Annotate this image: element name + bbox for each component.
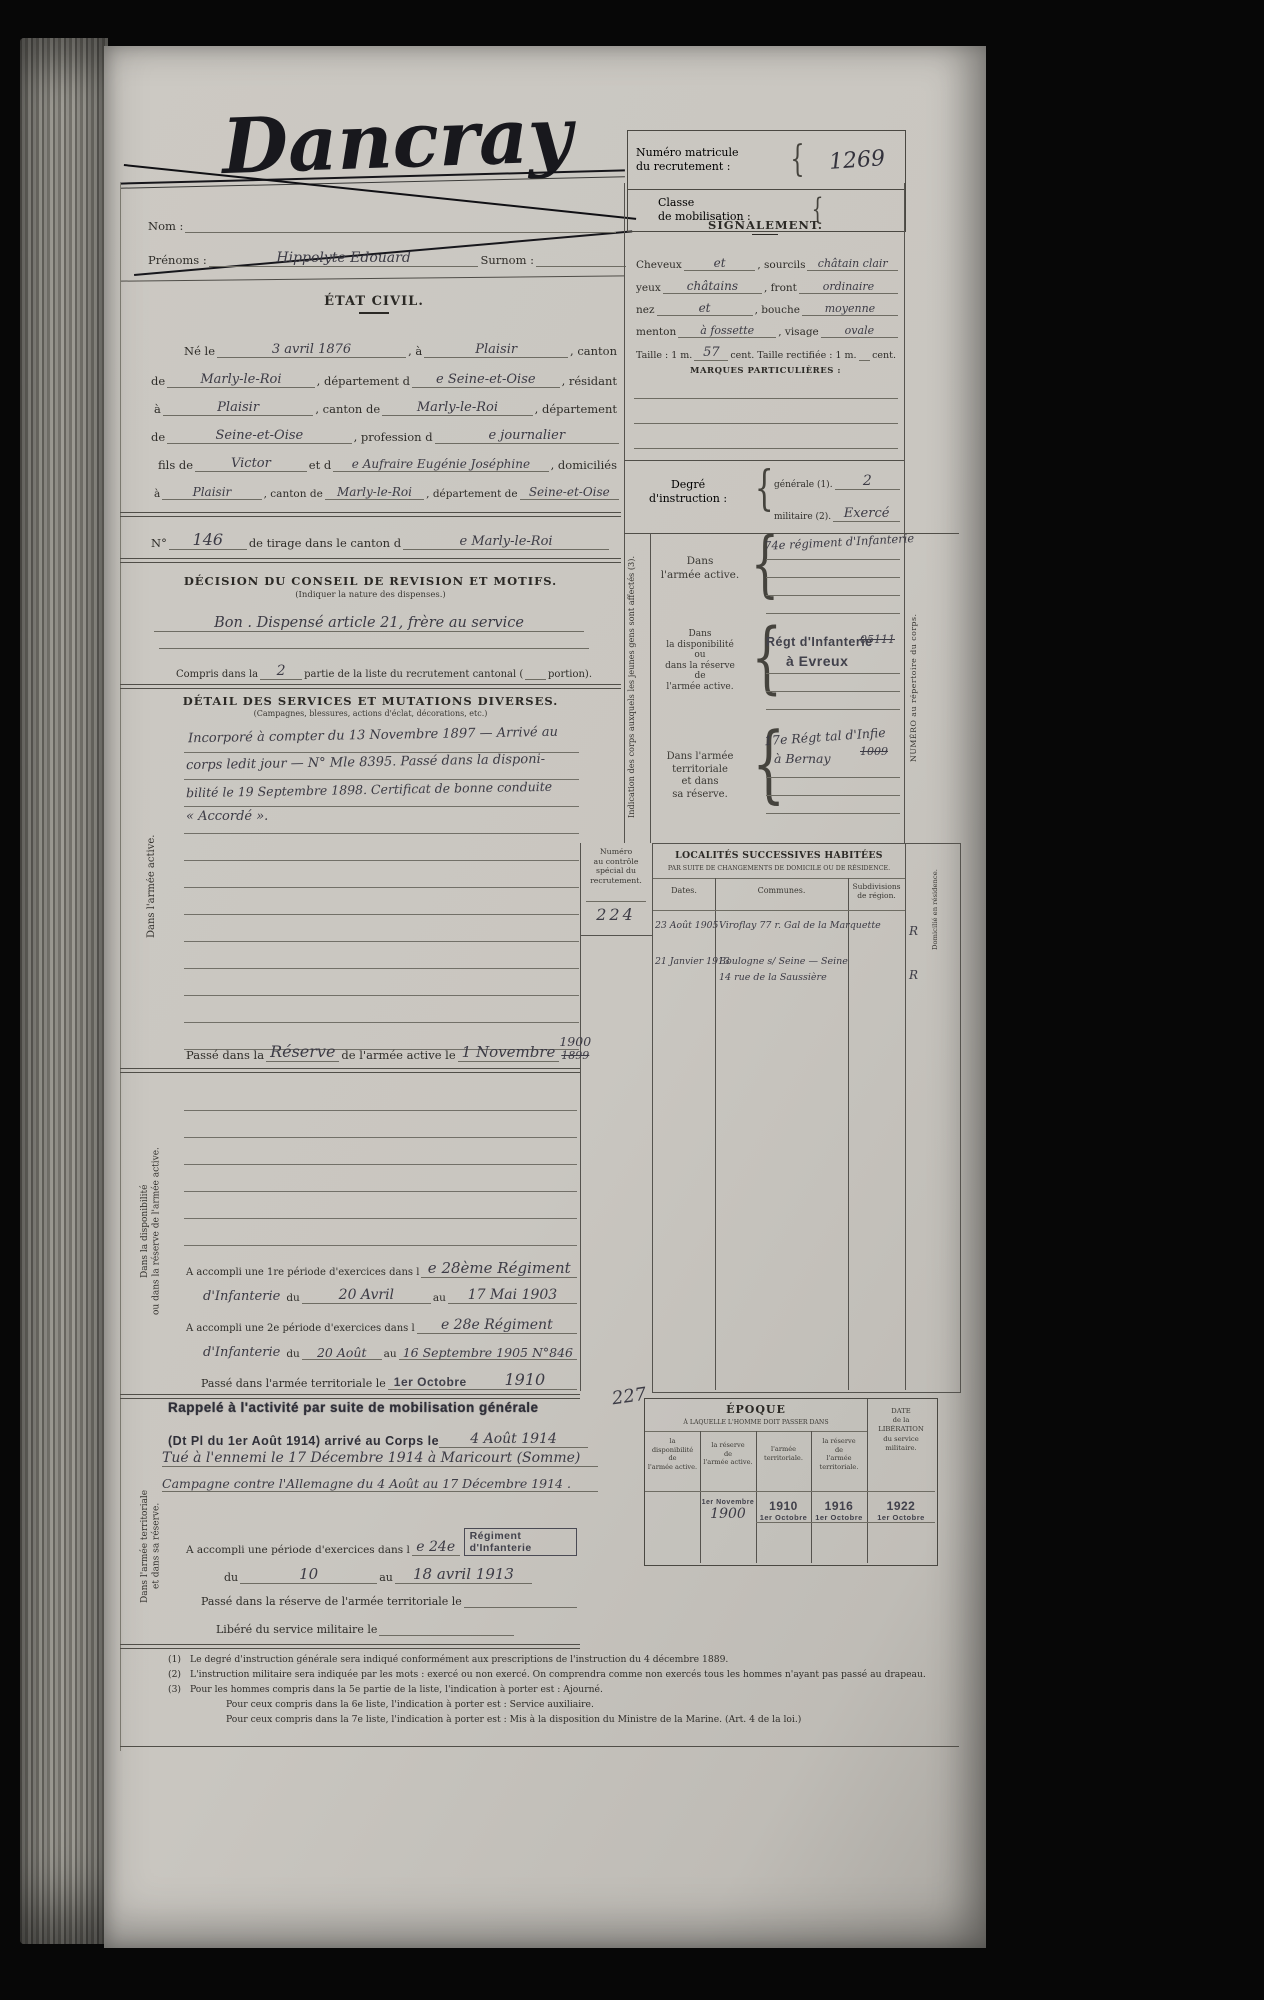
passe-label-1: Passé dans la <box>184 1048 266 1062</box>
profession-value: e journalier <box>435 429 619 444</box>
localites-strip-line <box>905 844 906 1390</box>
libere-line <box>379 1635 514 1636</box>
services-hand-1: Incorporé à compter du 13 Novembre 1897 … <box>188 725 558 746</box>
separator-6 <box>120 1644 580 1649</box>
periode3-end-value: 18 avril 1913 <box>395 1567 532 1584</box>
parents-commune-value: Plaisir <box>162 486 261 500</box>
tirage-row: N° 146 de tirage dans le canton d e Marl… <box>149 524 609 550</box>
corps-active-line-3 <box>766 595 900 596</box>
passe-territoriale-row: Passé dans l'armée territoriale le 1er O… <box>199 1364 577 1390</box>
periode1-au-label: au <box>431 1292 448 1304</box>
father-name-value: Victor <box>195 457 307 472</box>
epoque-header-rule <box>645 1491 935 1492</box>
etat-civil-title-rule <box>359 312 389 314</box>
services-ruled-area: Incorporé à compter du 13 Novembre 1897 … <box>184 726 579 1050</box>
localites-row2-mark: R <box>909 968 918 982</box>
periode3-au-label: au <box>377 1571 395 1584</box>
tirage-label: de tirage dans le canton d <box>247 536 403 550</box>
localites-col-dates: Dates. <box>653 886 715 895</box>
corps-terr-value-2: à Bernay <box>774 751 831 766</box>
corps-active-line-1 <box>766 559 900 560</box>
menton-value: à fossette <box>678 325 776 338</box>
parents-row-2: à Plaisir , canton de Marly-le-Roi , dép… <box>152 476 619 500</box>
scanned-register-photo: Dancray Nom : Prénoms : Hippolyte Edouar… <box>0 0 1264 2000</box>
periode2-infanterie-value: d'Infanterie <box>199 1345 284 1360</box>
corps-active-label: Dans l'armée active. <box>654 555 746 582</box>
sourcils-label: , sourcils <box>755 259 807 271</box>
profession-label: , profession d <box>352 430 435 444</box>
menton-row: menton à fossette , visage ovale <box>634 318 898 338</box>
tue-ennemi-line: Tué à l'ennemi le 17 Décembre 1914 à Mar… <box>162 1450 598 1467</box>
degre-label-2: d'instruction : <box>649 492 727 506</box>
parents-row-1: fils de Victor et d e Aufraire Eugénie J… <box>156 448 619 472</box>
footnote-1-marker: (1) <box>168 1654 190 1665</box>
corps-dispo-struck: 05111 <box>860 633 895 646</box>
cheveux-row: Cheveux et , sourcils châtain clair <box>634 251 898 271</box>
canton-de-label-2: , canton de <box>262 488 325 500</box>
periode3-dates-row: du 10 au 18 avril 1913 <box>222 1558 532 1584</box>
controle-value: 224 <box>580 905 652 924</box>
birth-row-2: de Marly-le-Roi , département d e Seine-… <box>149 364 619 388</box>
campagne-line: Campagne contre l'Allemagne du 4 Août au… <box>162 1476 598 1492</box>
epoque-val2-stamp: 1er Novembre <box>700 1499 756 1506</box>
epoque-val3-year: 1910 <box>756 1499 811 1513</box>
epoque-val5-stamp: 1er Octobre <box>867 1513 935 1523</box>
epoque-val4-stamp: 1er Octobre <box>811 1513 867 1523</box>
numero-label: N° <box>149 536 169 550</box>
corps-terr-line-1 <box>766 777 900 778</box>
corps-dispo-line-2 <box>766 691 900 692</box>
localites-col-communes: Communes. <box>715 886 848 895</box>
epoque-table: ÉPOQUE À LAQUELLE L'HOMME DOIT PASSER DA… <box>644 1398 938 1566</box>
degre-militaire-label: militaire (2). <box>772 512 833 522</box>
matricule-value: 1269 <box>808 144 906 176</box>
degre-brace: { <box>755 468 774 509</box>
visage-value: ovale <box>821 325 898 338</box>
mobilisation-stamp-1: Rappelé à l'activité par suite de mobili… <box>168 1400 598 1415</box>
nom-label: Nom : <box>146 219 185 233</box>
compris-value: 2 <box>260 664 302 680</box>
periode1-du-label: du <box>284 1292 301 1304</box>
signalement-title: SIGNALEMENT. <box>627 218 904 232</box>
decision-empty-line <box>159 648 589 649</box>
visage-label: , visage <box>776 326 821 338</box>
footnote-2-text: L'instruction militaire sera indiquée pa… <box>190 1669 926 1680</box>
compris-label-1: Compris dans la <box>174 669 260 680</box>
epoque-val4-year: 1916 <box>811 1499 867 1513</box>
document-page: Dancray Nom : Prénoms : Hippolyte Edouar… <box>104 46 986 1948</box>
periode1-regiment-value: e 28ème Régiment <box>421 1261 577 1278</box>
cheveux-label: Cheveux <box>634 259 684 271</box>
nez-row: nez et , bouche moyenne <box>634 296 898 316</box>
localites-col-subdiv: Subdivisions de région. <box>848 882 905 900</box>
passe-reserve-terr-label: Passé dans la réserve de l'armée territo… <box>199 1595 464 1608</box>
taille-label-3: cent. <box>870 350 898 361</box>
departement-label-2: , département <box>533 402 619 416</box>
epoque-col2-label: la réserve de l'armée active. <box>700 1441 756 1467</box>
book-page-stack <box>20 38 108 1944</box>
services-hand-2: corps ledit jour — N° Mle 8395. Passé da… <box>186 752 545 773</box>
birth-place-value: Plaisir <box>424 343 568 358</box>
et-de-label: et d <box>307 458 333 472</box>
bouche-label: , bouche <box>753 304 802 316</box>
mobilisation-stamp-2: (Dt Pl du 1er Août 1914) arrivé au Corps… <box>168 1434 439 1448</box>
epoque-col4-label: la réserve de l'armée territoriale. <box>811 1437 867 1471</box>
bottom-frame-rule <box>120 1746 959 1747</box>
controle-line <box>586 901 646 902</box>
departement-label: , département d <box>315 374 412 388</box>
etat-civil-title: ÉTAT CIVIL. <box>224 294 524 309</box>
matricule-label-2: du recrutement : <box>636 160 786 174</box>
epoque-val3-stamp: 1er Octobre <box>756 1513 811 1523</box>
degre-label-1: Degré <box>649 478 727 492</box>
passe-reserve-value: Réserve <box>266 1044 339 1062</box>
periode1-row-a: A accompli une 1re période d'exercices d… <box>184 1252 577 1278</box>
residence-departement-value: Seine-et-Oise <box>167 429 351 444</box>
taille-value: 57 <box>694 346 728 361</box>
controle-label: Numéro au contrôle spécial du recrutemen… <box>580 847 652 886</box>
compris-label-2: partie de la liste du recrutement canton… <box>302 669 525 680</box>
periode3-label: A accompli une période d'exercices dans … <box>184 1544 412 1556</box>
services-subtitle: (Campagnes, blessures, actions d'éclat, … <box>120 709 621 718</box>
services-side-label: Dans l'armée active. <box>146 736 157 1036</box>
canton-de-label: , canton de <box>313 402 382 416</box>
birth-departement-value: e Seine-et-Oise <box>412 373 560 388</box>
dispo-ruled-area <box>184 1084 577 1254</box>
corps-inner-line <box>650 533 651 843</box>
a-label-3: à <box>152 488 162 500</box>
passe-territoriale-label: Passé dans l'armée territoriale le <box>199 1377 388 1390</box>
yeux-value: châtains <box>663 280 762 294</box>
passe-reserve-terr-line <box>464 1607 577 1608</box>
corps-dispo-line-3 <box>766 709 900 710</box>
bouche-value: moyenne <box>802 303 898 316</box>
localites-subtitle: PAR SUITE DE CHANGEMENTS DE DOMICILE OU … <box>653 865 905 872</box>
sourcils-value: châtain clair <box>807 258 898 271</box>
taille-label-2: cent. Taille rectifiée : 1 m. <box>728 350 858 361</box>
corps-strip-line <box>904 533 905 843</box>
epoque-val5-year: 1922 <box>867 1499 935 1513</box>
libere-row: Libéré du service militaire le <box>214 1614 514 1636</box>
marques-label: MARQUES PARTICULIÈRES : <box>627 366 904 376</box>
corps-active-value: 74e régiment d'Infanterie <box>764 531 915 553</box>
parents-canton-value: Marly-le-Roi <box>325 486 424 500</box>
periode3-regiment-stamp: Régiment d'Infanterie <box>464 1528 577 1556</box>
epoque-date-label: DATE de la LIBÉRATION du service militai… <box>867 1407 935 1453</box>
degre-militaire-value: Exercé <box>833 507 900 522</box>
localites-strip-label: Domicilié en résidence. <box>931 850 955 970</box>
taille-label-1: Taille : 1 m. <box>634 350 694 361</box>
periode3-regiment-value: e 24e <box>412 1540 460 1556</box>
footnote-3-marker: (3) <box>168 1684 190 1695</box>
footnote-4-text: Pour ceux compris dans la 6e liste, l'in… <box>168 1699 943 1710</box>
residence-row-1: à Plaisir , canton de Marly-le-Roi , dép… <box>152 392 619 416</box>
yeux-row: yeux châtains , front ordinaire <box>634 274 898 294</box>
tirage-number-value: 146 <box>169 532 247 550</box>
ne-le-label: Né le <box>182 344 217 358</box>
decision-value: Bon . Dispensé article 21, frère au serv… <box>154 616 584 632</box>
corps-box: Indication des corps auxquels les jeunes… <box>624 533 959 843</box>
localites-row1-date: 23 Août 1905 <box>655 920 715 931</box>
canton-label: , canton <box>568 344 619 358</box>
periode2-au-label: au <box>382 1348 399 1360</box>
decision-subtitle: (Indiquer la nature des dispenses.) <box>120 590 621 600</box>
menton-label: menton <box>634 326 678 338</box>
marques-line-1 <box>634 398 898 399</box>
periode1-row-b: d'Infanterie du 20 Avril au 17 Mai 1903 <box>199 1280 577 1304</box>
marginal-annotation: 227 <box>611 1384 648 1410</box>
cheveux-value: et <box>684 257 755 271</box>
residence-row-2: de Seine-et-Oise , profession d e journa… <box>149 420 619 444</box>
departement-de-label: , département de <box>424 488 519 500</box>
degre-generale-value: 2 <box>835 474 900 490</box>
footnote-1-text: Le degré d'instruction générale sera ind… <box>190 1654 728 1665</box>
localites-cols-rule <box>653 910 905 911</box>
periode2-regiment-value: e 28e Régiment <box>417 1318 577 1334</box>
corps-active-line-2 <box>766 577 900 578</box>
periode2-row-a: A accompli une 2e période d'exercices da… <box>184 1308 577 1334</box>
separator-4 <box>120 1068 580 1073</box>
nez-label: nez <box>634 304 657 316</box>
compris-row: Compris dans la 2 partie de la liste du … <box>174 658 594 680</box>
periode1-start-value: 20 Avril <box>302 1288 431 1304</box>
surnom-label: Surnom : <box>478 253 536 267</box>
birth-date-value: 3 avril 1876 <box>217 343 406 358</box>
passe-year-value: 1900 <box>559 1034 591 1049</box>
corps-terr-struck: 1009 <box>860 745 888 758</box>
de-label-2: de <box>149 430 167 444</box>
residence-canton-value: Marly-le-Roi <box>382 401 533 416</box>
localites-row1-mark: R <box>909 924 918 938</box>
a-label: , à <box>406 344 424 358</box>
header-divider <box>120 275 625 281</box>
corps-terr-line-2 <box>766 795 900 796</box>
marques-line-2 <box>634 423 898 424</box>
footnotes: (1)Le degré d'instruction générale sera … <box>168 1654 943 1725</box>
separator-5 <box>120 1394 580 1399</box>
corps-dispo-value-1: Régt d'Infanterie <box>766 635 873 649</box>
front-value: ordinaire <box>799 281 898 294</box>
periode2-end-value: 16 Septembre 1905 N°846 <box>399 1346 577 1360</box>
services-hand-4: « Accordé ». <box>186 809 268 824</box>
compris-label-3: portion). <box>546 669 594 680</box>
localites-row1-commune: Viroflay 77 r. Gal de la Marquette <box>719 918 901 933</box>
libere-label: Libéré du service militaire le <box>214 1623 379 1636</box>
passe-reserve-row: Passé dans la Réserve de l'armée active … <box>184 1034 579 1062</box>
epoque-val2-hand: 1900 <box>700 1506 756 1522</box>
footnote-3-text: Pour les hommes compris dans la 5e parti… <box>190 1684 603 1695</box>
mobilisation-stamp-row-2: (Dt Pl du 1er Août 1914) arrivé au Corps… <box>168 1424 588 1448</box>
corps-dispo-line-1 <box>766 673 900 674</box>
matricule-label-1: Numéro matricule <box>636 146 786 160</box>
footnote-5-text: Pour ceux compris dans la 7e liste, l'in… <box>168 1714 943 1725</box>
nom-line <box>185 232 616 233</box>
corps-active-line-4 <box>766 613 900 614</box>
left-frame <box>120 183 121 1751</box>
parents-departement-value: Seine-et-Oise <box>520 486 619 500</box>
periode2-label: A accompli une 2e période d'exercices da… <box>184 1323 417 1334</box>
localites-col-line-1 <box>715 878 716 1390</box>
localites-row2-date: 21 Janvier 1913 <box>655 956 715 967</box>
passe-territoriale-stamp: 1er Octobre <box>388 1375 473 1390</box>
corps-dispo-label: Dans la disponibilité ou dans la réserve… <box>654 629 746 693</box>
birth-canton-value: Marly-le-Roi <box>167 373 315 388</box>
prenoms-label: Prénoms : <box>146 253 209 267</box>
passe-label-2: de l'armée active le <box>339 1048 457 1062</box>
separator-2 <box>120 558 621 563</box>
yeux-label: yeux <box>634 282 663 294</box>
de-label: de <box>149 374 167 388</box>
domicilies-label: , domiciliés <box>549 458 619 472</box>
prenoms-value: Hippolyte Edouard <box>209 251 479 267</box>
dispo-side-label: Dans la disponibilité ou dans la réserve… <box>140 1086 166 1376</box>
separator-1 <box>120 512 621 517</box>
portion-line <box>525 679 546 680</box>
localites-row2-commune: Boulogne s/ Seine — Seine 14 rue de la S… <box>719 954 901 986</box>
decision-value-row: Bon . Dispensé article 21, frère au serv… <box>154 606 584 632</box>
decision-title: DÉCISION DU CONSEIL DE REVISION ET MOTIF… <box>120 574 621 588</box>
periode2-row-b: d'Infanterie du 20 Août au 16 Septembre … <box>199 1336 577 1360</box>
corps-side-label: Indication des corps auxquels les jeunes… <box>626 537 646 837</box>
periode1-end-value: 17 Mai 1903 <box>448 1288 577 1304</box>
epoque-col1-label: la disponibilité de l'armée active. <box>645 1437 700 1471</box>
epoque-title: ÉPOQUE <box>645 1403 867 1416</box>
fils-de-label: fils de <box>156 458 195 472</box>
taille-rectifiee-line <box>859 360 871 361</box>
nez-value: et <box>657 302 753 316</box>
right-frame <box>904 183 905 533</box>
footnote-2-marker: (2) <box>168 1669 190 1680</box>
taille-row: Taille : 1 m. 57 cent. Taille rectifiée … <box>634 341 898 361</box>
surnom-line <box>536 266 626 267</box>
prenoms-row: Prénoms : Hippolyte Edouard Surnom : <box>146 243 626 267</box>
corps-numero-strip: NUMÉRO au répertoire du corps. <box>909 543 954 833</box>
epoque-subtitle: À LAQUELLE L'HOMME DOIT PASSER DANS <box>645 1419 867 1426</box>
periode2-du-label: du <box>284 1348 301 1360</box>
periode1-infanterie-value: d'Infanterie <box>199 1289 284 1304</box>
corps-terr-label: Dans l'armée territoriale et dans sa rés… <box>654 751 746 801</box>
marques-line-3 <box>634 448 898 449</box>
epoque-col3-label: l'armée territoriale. <box>756 1445 811 1462</box>
localites-header-rule <box>653 878 905 879</box>
localites-table: LOCALITÉS SUCCESSIVES HABITÉES PAR SUITE… <box>652 843 961 1393</box>
localites-title: LOCALITÉS SUCCESSIVES HABITÉES <box>653 850 905 861</box>
periode1-label: A accompli une 1re période d'exercices d… <box>184 1267 421 1278</box>
arrivee-corps-value: 4 Août 1914 <box>439 1432 588 1448</box>
separator-3 <box>120 684 621 689</box>
passe-reserve-terr-row: Passé dans la réserve de l'armée territo… <box>199 1586 577 1608</box>
tirage-canton-value: e Marly-le-Roi <box>403 535 609 550</box>
matricule-brace: { <box>790 145 804 176</box>
a-label-2: à <box>152 402 163 416</box>
signalement-title-rule <box>752 234 778 235</box>
passe-date-value: 1 Novembre <box>458 1045 560 1062</box>
degre-generale-label: générale (1). <box>772 480 835 490</box>
corps-terr-line-3 <box>766 813 900 814</box>
nom-row: Nom : <box>146 211 616 233</box>
residant-label: , résidant <box>560 374 619 388</box>
corps-dispo-value-2: à Evreux <box>786 653 848 669</box>
birth-row-1: Né le 3 avril 1876 , à Plaisir , canton <box>182 334 619 358</box>
services-hand-3: bilité le 19 Septembre 1898. Certificat … <box>186 779 552 800</box>
periode3-row: A accompli une période d'exercices dans … <box>184 1530 577 1556</box>
periode2-start-value: 20 Août <box>302 1346 382 1360</box>
mother-name-value: e Aufraire Eugénie Joséphine <box>333 458 548 472</box>
passe-territoriale-year: 1910 <box>473 1372 577 1390</box>
periode3-du-label: du <box>222 1571 240 1584</box>
classe-label-1: Classe <box>658 196 808 210</box>
residence-value: Plaisir <box>163 401 314 416</box>
services-title: DÉTAIL DES SERVICES ET MUTATIONS DIVERSE… <box>120 694 621 708</box>
front-label: , front <box>762 282 799 294</box>
matricule-classe-box: Numéro matricule du recrutement : { 1269… <box>627 130 906 232</box>
passe-year-struck: 1899 <box>561 1049 589 1062</box>
controle-box: Numéro au contrôle spécial du recrutemen… <box>580 843 652 936</box>
periode3-start-value: 10 <box>240 1567 377 1584</box>
